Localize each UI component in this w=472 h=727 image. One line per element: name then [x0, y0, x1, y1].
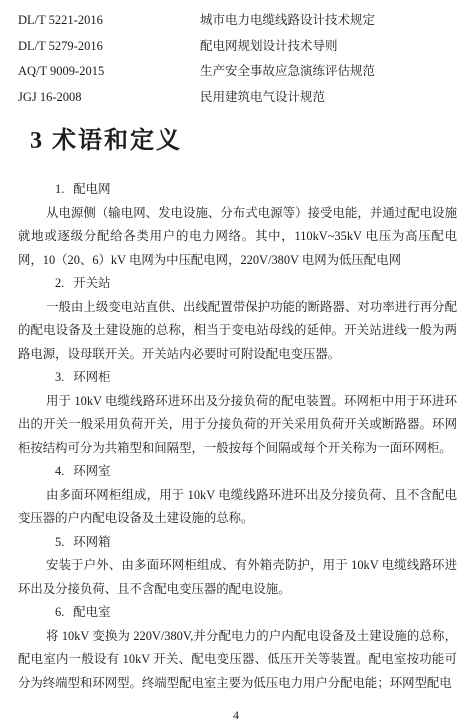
term-item: 5.环网箱 安装于户外、由多面环网柜组成、有外箱壳防护，用于 10kV 电缆线路…	[18, 531, 457, 602]
term-name: 环网室	[73, 464, 110, 478]
term-name: 开关站	[73, 276, 110, 290]
term-definition: 将 10kV 变换为 220V/380V,并分配电力的户内配电设备及土建设施的总…	[18, 625, 457, 696]
term-definition: 由多面环网柜组成，用于 10kV 电缆线路环进环出及分接负荷、且不含配电变压器的…	[18, 484, 457, 531]
term-name: 环网箱	[73, 535, 110, 549]
term-definition: 一般由上级变电站直供、出线配置带保护功能的断路器、对功率进行再分配的配电设备及土…	[18, 296, 457, 367]
term-item: 6.配电室 将 10kV 变换为 220V/380V,并分配电力的户内配电设备及…	[18, 601, 457, 695]
term-item: 1.配电网 从电源侧（输电网、发电设施、分布式电源等）接受电能，并通过配电设施就…	[18, 178, 457, 272]
term-name: 配电室	[73, 605, 110, 619]
reference-row: DL/T 5279-2016 配电网规划设计技术导则	[18, 34, 457, 60]
references-list: DL/T 5221-2016 城市电力电缆线路设计技术规定 DL/T 5279-…	[18, 8, 457, 110]
page-number: 4	[0, 708, 472, 722]
reference-code: AQ/T 9009-2015	[18, 59, 200, 85]
term-number: 4.	[55, 460, 64, 484]
term-name: 环网柜	[73, 370, 110, 384]
term-number: 1.	[55, 178, 64, 202]
term-definition: 安装于户外、由多面环网柜组成、有外箱壳防护，用于 10kV 电缆线路环进环出及分…	[18, 554, 457, 601]
term-title: 4.环网室	[55, 460, 457, 484]
reference-row: DL/T 5221-2016 城市电力电缆线路设计技术规定	[18, 8, 457, 34]
term-number: 6.	[55, 601, 64, 625]
section-heading: 3 术语和定义	[30, 126, 457, 156]
reference-code: JGJ 16-2008	[18, 85, 200, 111]
document-page: DL/T 5221-2016 城市电力电缆线路设计技术规定 DL/T 5279-…	[0, 0, 472, 727]
term-name: 配电网	[73, 182, 110, 196]
term-number: 5.	[55, 531, 64, 555]
term-number: 2.	[55, 272, 64, 296]
reference-row: AQ/T 9009-2015 生产安全事故应急演练评估规范	[18, 59, 457, 85]
reference-title: 民用建筑电气设计规范	[200, 85, 457, 111]
reference-code: DL/T 5279-2016	[18, 34, 200, 60]
term-item: 2.开关站 一般由上级变电站直供、出线配置带保护功能的断路器、对功率进行再分配的…	[18, 272, 457, 366]
reference-title: 生产安全事故应急演练评估规范	[200, 59, 457, 85]
term-title: 1.配电网	[55, 178, 457, 202]
term-number: 3.	[55, 366, 64, 390]
term-item: 4.环网室 由多面环网柜组成，用于 10kV 电缆线路环进环出及分接负荷、且不含…	[18, 460, 457, 531]
reference-title: 城市电力电缆线路设计技术规定	[200, 8, 457, 34]
term-definition: 用于 10kV 电缆线路环进环出及分接负荷的配电装置。环网柜中用于环进环出的开关…	[18, 390, 457, 461]
reference-title: 配电网规划设计技术导则	[200, 34, 457, 60]
reference-row: JGJ 16-2008 民用建筑电气设计规范	[18, 85, 457, 111]
term-item: 3.环网柜 用于 10kV 电缆线路环进环出及分接负荷的配电装置。环网柜中用于环…	[18, 366, 457, 460]
term-title: 5.环网箱	[55, 531, 457, 555]
terms-list: 1.配电网 从电源侧（输电网、发电设施、分布式电源等）接受电能，并通过配电设施就…	[18, 178, 457, 695]
term-title: 6.配电室	[55, 601, 457, 625]
term-title: 3.环网柜	[55, 366, 457, 390]
reference-code: DL/T 5221-2016	[18, 8, 200, 34]
term-title: 2.开关站	[55, 272, 457, 296]
term-definition: 从电源侧（输电网、发电设施、分布式电源等）接受电能，并通过配电设施就地或逐级分配…	[18, 202, 457, 273]
